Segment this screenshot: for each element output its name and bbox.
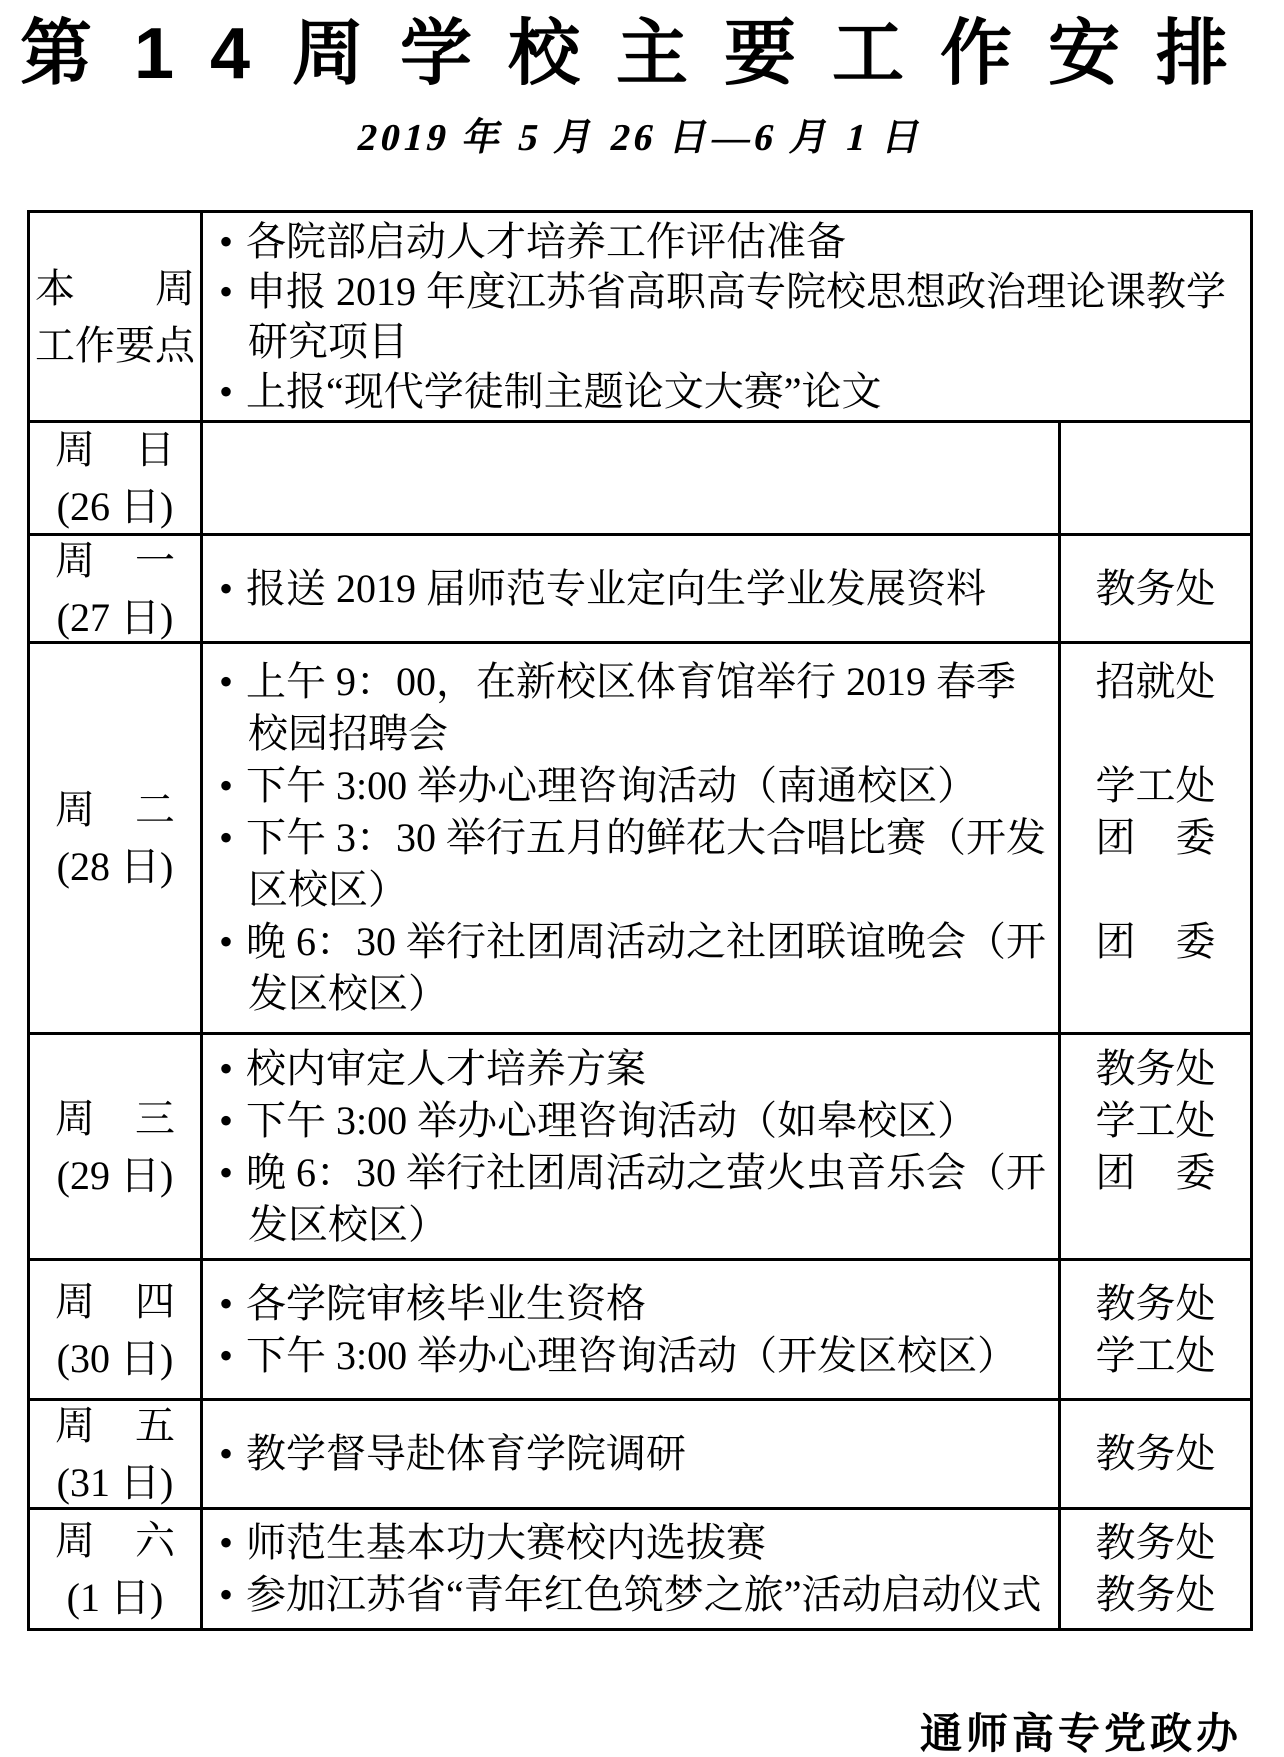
row-content: •上午 9：00，在新校区体育馆举行 2019 春季校园招聘会 招就处 •下午 … [203, 644, 1250, 1032]
bullet-icon: • [219, 1333, 233, 1378]
table-row-saturday: 周 六 (1 日) •师范生基本功大赛校内选拔赛 教务处 •参加江苏省“青年红色… [30, 1507, 1250, 1628]
bullet-icon: • [219, 1520, 233, 1565]
footer-signature: 通师高专党政办 [0, 1701, 1284, 1757]
table-row-summary: 本 周 工作要点 •各院部启动人才培养工作评估准备 •申报 2019 年度江苏省… [30, 213, 1250, 420]
bullet-icon: • [219, 763, 233, 808]
dept-label: 教务处 [1061, 1517, 1250, 1569]
item-text: •上午 9：00，在新校区体育馆举行 2019 春季校园招聘会 [203, 656, 1061, 760]
bullet-icon: • [219, 1098, 233, 1143]
bullet-icon: • [219, 659, 233, 704]
dept-label: 团 委 [1061, 812, 1250, 864]
day-cell: 本 周 工作要点 [30, 213, 203, 420]
day-cell: 周 五 (31 日) [30, 1401, 203, 1507]
day-date: (27 日) [57, 589, 174, 646]
item-text: •下午 3：30 举行五月的鲜花大合唱比赛（开发区校区） [203, 812, 1061, 916]
day-label: 周 六 [55, 1512, 175, 1569]
item-text: •上报“现代学徒制主题论文大赛”论文 [203, 367, 1250, 417]
day-cell: 周 一 (27 日) [30, 536, 203, 641]
row-content: •师范生基本功大赛校内选拔赛 教务处 •参加江苏省“青年红色筑梦之旅”活动启动仪… [203, 1510, 1250, 1628]
item-text: •下午 3:00 举办心理咨询活动（开发区校区） [203, 1330, 1061, 1382]
item-label: 下午 3:00 举办心理咨询活动（南通校区） [246, 763, 977, 808]
item-label: 参加江苏省“青年红色筑梦之旅”活动启动仪式 [246, 1572, 1042, 1617]
item-label: 上报“现代学徒制主题论文大赛”论文 [246, 369, 882, 414]
bullet-icon: • [219, 1431, 233, 1476]
dept-label: 学工处 [1061, 760, 1250, 812]
item-text: •申报 2019 年度江苏省高职高专院校思想政治理论课教学研究项目 [203, 267, 1250, 367]
schedule-item: •晚 6：30 举行社团周活动之萤火虫音乐会（开发区校区） 团 委 [203, 1147, 1250, 1251]
dept-label: 招就处 [1061, 656, 1250, 708]
row-content: •校内审定人才培养方案 教务处 •下午 3:00 举办心理咨询活动（如皋校区） … [203, 1035, 1250, 1258]
column-divider [1058, 420, 1061, 536]
item-label: 申报 2019 年度江苏省高职高专院校思想政治理论课教学研究项目 [246, 269, 1226, 364]
schedule-item: •参加江苏省“青年红色筑梦之旅”活动启动仪式 教务处 [203, 1569, 1250, 1621]
day-date: (30 日) [57, 1330, 174, 1387]
item-text: •下午 3:00 举办心理咨询活动（如皋校区） [203, 1095, 1061, 1147]
schedule-item: •教学督导赴体育学院调研 教务处 [203, 1428, 1250, 1480]
schedule-item: •各院部启动人才培养工作评估准备 [203, 217, 1250, 267]
item-text: •教学督导赴体育学院调研 [203, 1428, 1061, 1480]
day-label: 周 五 [55, 1397, 175, 1454]
day-cell: 周 四 (30 日) [30, 1261, 203, 1398]
table-row-friday: 周 五 (31 日) •教学督导赴体育学院调研 教务处 [30, 1398, 1250, 1507]
bullet-icon: • [219, 369, 233, 414]
schedule-item: •上报“现代学徒制主题论文大赛”论文 [203, 367, 1250, 417]
schedule-item: •下午 3:00 举办心理咨询活动（开发区校区） 学工处 [203, 1330, 1250, 1382]
day-cell: 周 日 (26 日) [30, 423, 203, 533]
day-label: 周 一 [55, 532, 175, 589]
item-label: 晚 6：30 举行社团周活动之萤火虫音乐会（开发区校区） [246, 1150, 1046, 1247]
row-content: •教学督导赴体育学院调研 教务处 [203, 1401, 1250, 1507]
bullet-icon: • [219, 1281, 233, 1326]
item-text: •各院部启动人才培养工作评估准备 [203, 217, 1250, 267]
schedule-item: •下午 3:00 举办心理咨询活动（南通校区） 学工处 [203, 760, 1250, 812]
dept-label: 学工处 [1061, 1095, 1250, 1147]
item-label: 报送 2019 届师范专业定向生学业发展资料 [246, 566, 986, 611]
row-content: •报送 2019 届师范专业定向生学业发展资料 教务处 [203, 536, 1250, 641]
schedule-item: •下午 3：30 举行五月的鲜花大合唱比赛（开发区校区） 团 委 [203, 812, 1250, 916]
dept-label: 教务处 [1061, 1428, 1250, 1480]
dept-label: 教务处 [1061, 1043, 1250, 1095]
day-label: 周 日 [55, 421, 175, 478]
dept-label: 团 委 [1061, 916, 1250, 968]
bullet-icon: • [219, 269, 233, 314]
day-label: 周 三 [55, 1090, 175, 1147]
item-text: •师范生基本功大赛校内选拔赛 [203, 1517, 1061, 1569]
bullet-icon: • [219, 815, 233, 860]
row-content [203, 423, 1250, 533]
schedule-item: •师范生基本功大赛校内选拔赛 教务处 [203, 1517, 1250, 1569]
day-cell: 周 六 (1 日) [30, 1510, 203, 1628]
bullet-icon: • [219, 1046, 233, 1091]
day-label: 周 二 [55, 781, 175, 838]
dept-label: 团 委 [1061, 1147, 1250, 1199]
schedule-item: •报送 2019 届师范专业定向生学业发展资料 教务处 [203, 563, 1250, 615]
column-divider [1058, 1398, 1061, 1510]
item-text: •报送 2019 届师范专业定向生学业发展资料 [203, 563, 1061, 615]
day-label: 周 四 [55, 1273, 175, 1330]
day-label: 本 周 [35, 260, 195, 317]
day-date: (26 日) [57, 478, 174, 535]
item-label: 下午 3:00 举办心理咨询活动（如皋校区） [246, 1098, 977, 1143]
item-text: •晚 6：30 举行社团周活动之萤火虫音乐会（开发区校区） [203, 1147, 1061, 1251]
table-row-monday: 周 一 (27 日) •报送 2019 届师范专业定向生学业发展资料 教务处 [30, 533, 1250, 641]
item-label: 下午 3：30 举行五月的鲜花大合唱比赛（开发区校区） [246, 815, 1046, 912]
column-divider [1058, 1507, 1061, 1631]
item-text: •校内审定人才培养方案 [203, 1043, 1061, 1095]
item-label: 各学院审核毕业生资格 [246, 1281, 646, 1326]
bullet-icon: • [219, 1572, 233, 1617]
row-content: •各院部启动人才培养工作评估准备 •申报 2019 年度江苏省高职高专院校思想政… [203, 213, 1250, 420]
schedule-item: •下午 3:00 举办心理咨询活动（如皋校区） 学工处 [203, 1095, 1250, 1147]
item-text: •晚 6：30 举行社团周活动之社团联谊晚会（开发区校区） [203, 916, 1061, 1020]
bullet-icon: • [219, 566, 233, 611]
document-page: 第 14 周学校主要工作安排 2019 年 5 月 26 日—6 月 1 日 本… [0, 8, 1284, 1757]
table-row-tuesday: 周 二 (28 日) •上午 9：00，在新校区体育馆举行 2019 春季校园招… [30, 641, 1250, 1032]
item-text: •参加江苏省“青年红色筑梦之旅”活动启动仪式 [203, 1569, 1061, 1621]
item-label: 师范生基本功大赛校内选拔赛 [246, 1520, 766, 1565]
bullet-icon: • [219, 1150, 233, 1195]
table-row-wednesday: 周 三 (29 日) •校内审定人才培养方案 教务处 •下午 3:00 举办心理… [30, 1032, 1250, 1258]
table-row-thursday: 周 四 (30 日) •各学院审核毕业生资格 教务处 •下午 3:00 举办心理… [30, 1258, 1250, 1398]
item-label: 校内审定人才培养方案 [246, 1046, 646, 1091]
item-label: 各院部启动人才培养工作评估准备 [246, 219, 846, 264]
bullet-icon: • [219, 219, 233, 264]
item-text: •各学院审核毕业生资格 [203, 1278, 1061, 1330]
column-divider [1058, 1032, 1061, 1261]
column-divider [1058, 641, 1061, 1035]
row-content: •各学院审核毕业生资格 教务处 •下午 3:00 举办心理咨询活动（开发区校区）… [203, 1261, 1250, 1398]
day-cell: 周 三 (29 日) [30, 1035, 203, 1258]
item-label: 下午 3:00 举办心理咨询活动（开发区校区） [246, 1333, 1017, 1378]
column-divider [1058, 533, 1061, 644]
schedule-item: •申报 2019 年度江苏省高职高专院校思想政治理论课教学研究项目 [203, 267, 1250, 367]
item-label: 晚 6：30 举行社团周活动之社团联谊晚会（开发区校区） [246, 919, 1046, 1016]
schedule-item: •各学院审核毕业生资格 教务处 [203, 1278, 1250, 1330]
day-date: (29 日) [57, 1147, 174, 1204]
schedule-item: •校内审定人才培养方案 教务处 [203, 1043, 1250, 1095]
date-range-text: 2019 年 5 月 26 日—6 月 1 日 [353, 114, 930, 162]
day-date: (28 日) [57, 838, 174, 895]
table-row-sunday: 周 日 (26 日) [30, 420, 1250, 533]
day-label: 工作要点 [35, 317, 195, 374]
dept-label: 教务处 [1061, 1278, 1250, 1330]
item-label: 教学督导赴体育学院调研 [246, 1431, 686, 1476]
dept-label: 教务处 [1061, 563, 1250, 615]
dept-label: 教务处 [1061, 1569, 1250, 1621]
schedule-item: •上午 9：00，在新校区体育馆举行 2019 春季校园招聘会 招就处 [203, 656, 1250, 760]
item-label: 上午 9：00，在新校区体育馆举行 2019 春季校园招聘会 [246, 659, 1016, 756]
schedule-table: 本 周 工作要点 •各院部启动人才培养工作评估准备 •申报 2019 年度江苏省… [27, 210, 1253, 1631]
day-cell: 周 二 (28 日) [30, 644, 203, 1032]
day-date: (1 日) [67, 1569, 164, 1626]
item-text: •下午 3:00 举办心理咨询活动（南通校区） [203, 760, 1061, 812]
day-date: (31 日) [57, 1454, 174, 1511]
date-range: 2019 年 5 月 26 日—6 月 1 日 [0, 114, 1284, 162]
column-divider [1058, 1258, 1061, 1401]
page-title: 第 14 周学校主要工作安排 [0, 8, 1284, 100]
schedule-item: •晚 6：30 举行社团周活动之社团联谊晚会（开发区校区） 团 委 [203, 916, 1250, 1020]
bullet-icon: • [219, 919, 233, 964]
dept-label: 学工处 [1061, 1330, 1250, 1382]
